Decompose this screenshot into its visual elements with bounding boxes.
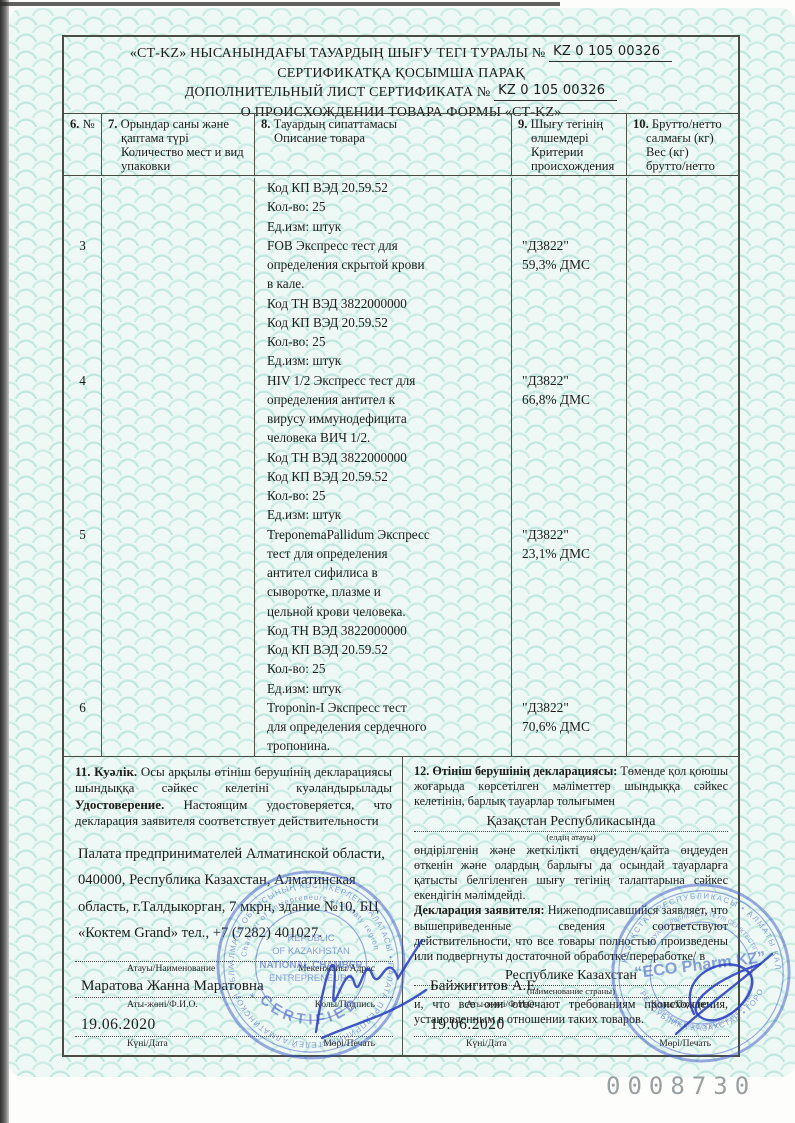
certificate-page: «СТ-KZ» НЫСАНЫНДАҒЫ ТАУАРДЫҢ ШЫҒУ ТЕГІ Т… <box>0 0 795 1123</box>
title-block: «СТ-KZ» НЫСАНЫНДАҒЫ ТАУАРДЫҢ ШЫҒУ ТЕГІ Т… <box>64 37 738 113</box>
criteria-line: "Д3822" <box>522 371 626 390</box>
column-header: 9. Шығу тегініңөлшемдеріКритериипроисхож… <box>512 114 627 175</box>
scan-edge-strip <box>0 0 9 1123</box>
column-header-line: 10. Брутто/нетто <box>633 118 733 132</box>
description-cell: Troponin-I Экспресс тестдля определения … <box>255 698 512 756</box>
column-title: Шығу тегінің <box>531 117 604 131</box>
column-header: 7. Орындар саны жәнеқаптама түріКоличест… <box>102 114 255 175</box>
description-line: для определения сердечного <box>267 717 511 736</box>
description-line: Кол-во: 25 <box>267 659 511 678</box>
column-number: 7. <box>108 117 121 131</box>
label-fio: Аты-жөні/Ф.И.О. <box>127 999 198 1010</box>
description-line: антител сифилиса в <box>267 563 511 582</box>
criteria-cell: "Д3822"66,8% ДМС <box>512 371 627 525</box>
row-number-cell <box>64 178 102 236</box>
criteria-line: 70,6% ДМС <box>522 717 626 736</box>
description-line: Troponin-I Экспресс тест <box>267 698 511 717</box>
criteria-line: "Д3822" <box>522 698 626 717</box>
label-fio: Аты-жөні/Ф.И.О. <box>466 999 537 1010</box>
certification-paragraph: 11. Куәлік. Осы арқылы өтініш берушінің … <box>75 764 392 830</box>
column-title: № <box>83 117 95 131</box>
label-name: Атауы/Наименование <box>127 963 215 974</box>
column-title: салмағы (кг) <box>633 132 733 146</box>
address-line: Палата предпринимателей Алматинской обла… <box>78 841 392 868</box>
criteria-line: 59,3% ДМС <box>522 255 626 274</box>
column-title: брутто/нетто <box>633 160 733 174</box>
criteria-cell <box>512 178 627 236</box>
declaration-label-ru: Декларация заявителя: <box>414 903 545 917</box>
description-line: определения скрытой крови <box>267 255 511 274</box>
description-line: HIV 1/2 Экспресс тест для <box>267 371 511 390</box>
description-line: человека ВИЧ 1/2. <box>267 428 511 447</box>
weight-cell <box>627 236 738 371</box>
description-line: Кол-во: 25 <box>267 486 511 505</box>
weight-cell <box>627 371 738 525</box>
weight-cell <box>627 178 738 236</box>
column-title: Количество мест и вид <box>108 146 249 160</box>
title-text-kk: «СТ-KZ» НЫСАНЫНДАҒЫ ТАУАРДЫҢ ШЫҒУ ТЕГІ Т… <box>130 46 546 61</box>
packaging-cell <box>102 698 255 756</box>
description-line: Код ТН ВЭД 3822000000 <box>267 621 511 640</box>
section-12-label: 12. Өтініш берушінің декларациясы: <box>414 764 617 778</box>
column-title: упаковки <box>108 160 249 174</box>
packaging-cell <box>102 236 255 371</box>
title-text-ru: ДОПОЛНИТЕЛЬНЫЙ ЛИСТ СЕРТИФИКАТА № <box>185 85 491 100</box>
description-cell: Код КП ВЭД 20.59.52Кол-во: 25Ед.изм: шту… <box>255 178 512 236</box>
chamber-stamp-star-icon: * <box>250 990 256 1006</box>
criteria-line: 23,1% ДМС <box>522 544 626 563</box>
packaging-cell <box>102 178 255 236</box>
goods-table-body: Код КП ВЭД 20.59.52Кол-во: 25Ед.изм: шту… <box>64 176 738 756</box>
column-header: 10. Брутто/неттосалмағы (кг)Вес (кг)брут… <box>627 114 738 175</box>
description-line: Ед.изм: штук <box>267 217 511 236</box>
packaging-cell <box>102 371 255 525</box>
column-title: қаптама түрі <box>108 132 249 146</box>
column-title: Критерии <box>518 146 621 160</box>
column-title: өлшемдері <box>518 132 621 146</box>
criteria-line: 66,8% ДМС <box>522 390 626 409</box>
description-line: Кол-во: 25 <box>267 197 511 216</box>
column-title: Брутто/нетто <box>652 117 722 131</box>
column-number: 8. <box>261 117 274 131</box>
row-number-cell: 3 <box>64 236 102 371</box>
section-11-label-ru: Удостоверение. <box>75 797 164 812</box>
column-number: 6. <box>70 117 83 131</box>
column-number: 10. <box>633 117 652 131</box>
description-cell: HIV 1/2 Экспресс тест дляопределения ант… <box>255 371 512 525</box>
country-kk-block: Қазақстан Республикасында (елдің атауы) <box>414 813 728 843</box>
section-11-label-kk: 11. Куәлік. <box>75 764 137 779</box>
description-line: Код КП ВЭД 20.59.52 <box>267 640 511 659</box>
title-line-kk-1: «СТ-KZ» НЫСАНЫНДАҒЫ ТАУАРДЫҢ ШЫҒУ ТЕГІ Т… <box>64 44 738 64</box>
column-header: 6. № <box>64 114 102 175</box>
country-name-kk: Қазақстан Республикасында <box>414 813 728 830</box>
criteria-cell: "Д3822"70,6% ДМС <box>512 698 627 756</box>
row-number-cell: 6 <box>64 698 102 756</box>
description-line: в кале. <box>267 274 511 293</box>
description-line: Код КП ВЭД 20.59.52 <box>267 467 511 486</box>
description-line: TreponemaPallidum Экспресс <box>267 525 511 544</box>
certificate-number-1: KZ 0 105 00326 <box>549 42 672 62</box>
description-line: Код ТН ВЭД 3822000000 <box>267 448 511 467</box>
country-hint-kk: (елдің атауы) <box>414 832 728 843</box>
description-line: цельной крови человека. <box>267 602 511 621</box>
column-header-line: 9. Шығу тегінің <box>518 118 621 132</box>
description-cell: FOB Экспресс тест дляопределения скрытой… <box>255 236 512 371</box>
criteria-line: "Д3822" <box>522 236 626 255</box>
description-line: вирусу иммунодефицита <box>267 409 511 428</box>
column-header: 8. Тауардың сипаттамасыОписание товара <box>255 114 512 175</box>
row-number-cell: 4 <box>64 371 102 525</box>
column-title: Орындар саны және <box>121 117 229 131</box>
label-date: Күні/Дата <box>466 1038 507 1049</box>
table-row: Код КП ВЭД 20.59.52Кол-во: 25Ед.изм: шту… <box>64 178 738 236</box>
packaging-cell <box>102 525 255 698</box>
column-number: 9. <box>518 117 531 131</box>
description-line: Код КП ВЭД 20.59.52 <box>267 313 511 332</box>
description-line: Ед.изм: штук <box>267 505 511 524</box>
description-line: Ед.изм: штук <box>267 679 511 698</box>
description-cell: TreponemaPallidum Экспресстест для опред… <box>255 525 512 698</box>
row-number-cell: 5 <box>64 525 102 698</box>
column-header-line: 8. Тауардың сипаттамасы <box>261 118 506 132</box>
criteria-line: "Д3822" <box>522 525 626 544</box>
column-title: происхождения <box>518 160 621 174</box>
table-header-row: 6. №7. Орындар саны жәнеқаптама түріКоли… <box>64 113 738 176</box>
title-line-kk-2: СЕРТИФИКАТҚА ҚОСЫМША ПАРАҚ <box>64 64 738 83</box>
table-row: 6Troponin-I Экспресс тестдля определения… <box>64 698 738 756</box>
certificate-number-2: KZ 0 105 00326 <box>494 81 617 101</box>
table-row: 5TreponemaPallidum Экспресстест для опре… <box>64 525 738 698</box>
description-line: Ед.изм: штук <box>267 351 511 370</box>
column-header-line: 7. Орындар саны және <box>108 118 249 132</box>
description-line: Кол-во: 25 <box>267 332 511 351</box>
applicant-signature-scribble <box>662 942 784 1046</box>
declaration-intro: 12. Өтініш берушінің декларациясы: Төмен… <box>414 764 728 810</box>
table-row: 3FOB Экспресс тест дляопределения скрыто… <box>64 236 738 371</box>
form-serial-number: 0008730 <box>606 1072 756 1100</box>
description-line: Код ТН ВЭД 3822000000 <box>267 294 511 313</box>
criteria-cell: "Д3822"23,1% ДМС <box>512 525 627 698</box>
description-line: тропонина. <box>267 736 511 755</box>
description-line: тест для определения <box>267 544 511 563</box>
weight-cell <box>627 525 738 698</box>
description-line: Код КП ВЭД 20.59.52 <box>267 178 511 197</box>
weight-cell <box>627 698 738 756</box>
certifier-signature-scribble <box>302 932 434 1050</box>
description-line: определения антител к <box>267 390 511 409</box>
table-row: 4HIV 1/2 Экспресс тест дляопределения ан… <box>64 371 738 525</box>
column-header-line: 6. № <box>70 118 96 132</box>
column-title: Тауардың сипаттамасы <box>274 117 398 131</box>
title-line-ru-1: ДОПОЛНИТЕЛЬНЫЙ ЛИСТ СЕРТИФИКАТА № KZ 0 1… <box>64 83 738 103</box>
scan-top-edge <box>0 2 560 6</box>
description-line: сыворотке, плазме и <box>267 582 511 601</box>
description-line: FOB Экспресс тест для <box>267 236 511 255</box>
label-date: Күні/Дата <box>127 1038 168 1049</box>
column-title: Вес (кг) <box>633 146 733 160</box>
column-title: Описание товара <box>261 132 506 146</box>
criteria-cell: "Д3822"59,3% ДМС <box>512 236 627 371</box>
